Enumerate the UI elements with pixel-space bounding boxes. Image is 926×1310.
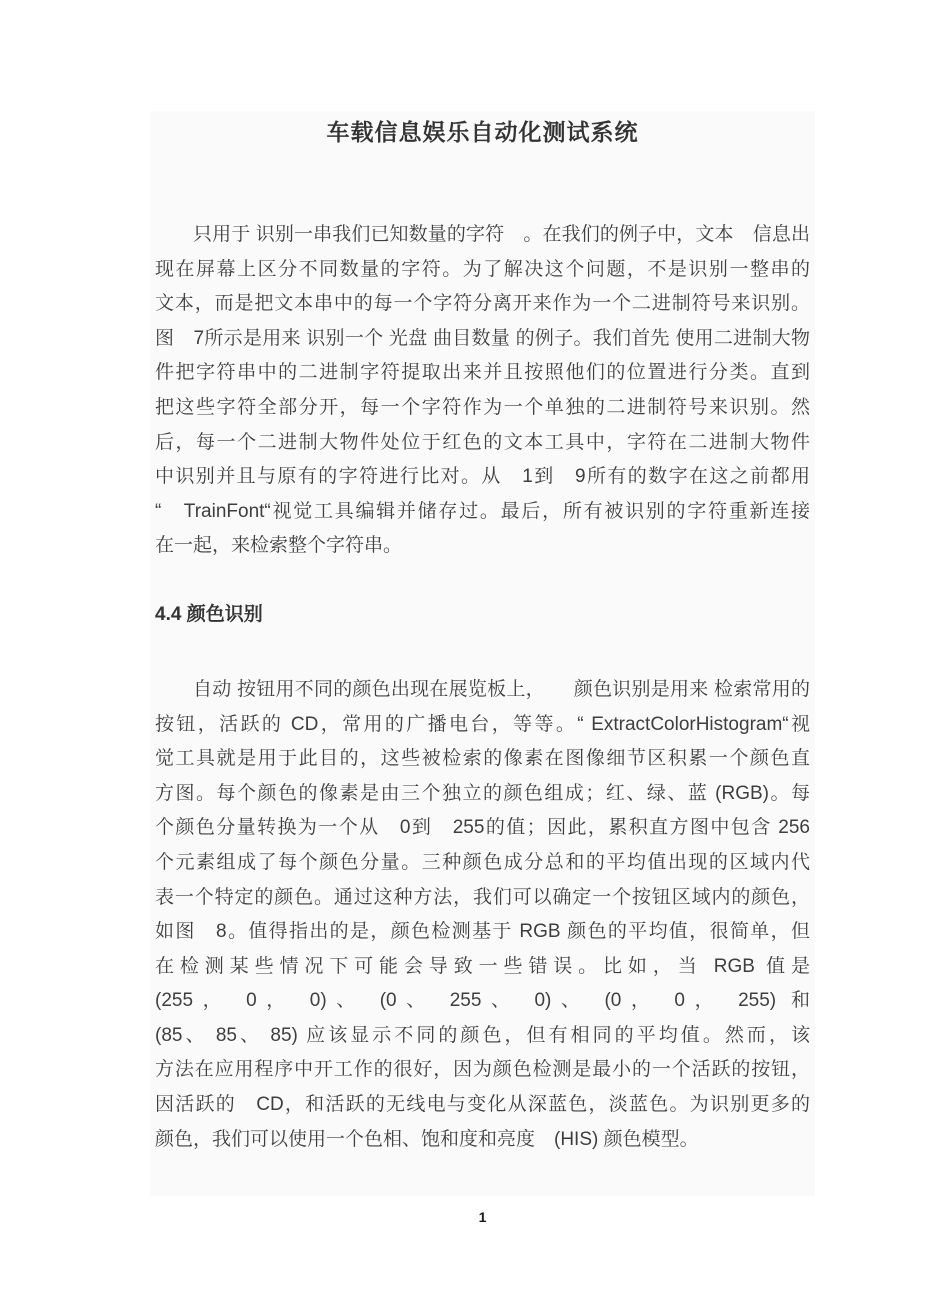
text-line: 方图。每个颜色的像素是由三个独立的颜色组成；红、绿、蓝 (RGB)。每 <box>155 777 810 812</box>
text-line: (255， 0， 0)、 (0、 255、 0)、 (0， 0， 255) 和 <box>155 984 810 1019</box>
text-line: 表一个特定的颜色。通过这种方法，我们可以确定一个按钮区域内的颜色， <box>155 881 810 916</box>
paragraph-1: 只用于 识别一串我们已知数量的字符 。在我们的例子中，文本 信息出 现在屏幕上区… <box>155 218 810 564</box>
page-number: 1 <box>150 1207 815 1227</box>
text-line: 中识别并且与原有的字符进行比对。从 1到 9所有的数字在这之前都用 <box>155 460 810 495</box>
text-line: 个元素组成了每个颜色分量。三种颜色成分总和的平均值出现的区域内代 <box>155 846 810 881</box>
document-sheet: 车载信息娱乐自动化测试系统 只用于 识别一串我们已知数量的字符 。在我们的例子中… <box>150 111 815 1196</box>
text-line: “ TrainFont“视觉工具编辑并储存过。最后，所有被识别的字符重新连接 <box>155 495 810 530</box>
text-line: 如图 8。值得指出的是，颜色检测基于 RGB 颜色的平均值，很简单，但 <box>155 915 810 950</box>
paragraph-2: 自动 按钮用不同的颜色出现在展览板上， 颜色识别是用来 检索常用的 按钮，活跃的… <box>155 673 810 1157</box>
text-line: 个颜色分量转换为一个从 0到 255的值；因此，累积直方图中包含 256 <box>155 811 810 846</box>
section-heading: 4.4 颜色识别 <box>155 601 810 629</box>
text-line: (85、 85、 85) 应该显示不同的颜色，但有相同的平均值。然而，该 <box>155 1019 810 1054</box>
text-line: 因活跃的 CD，和活跃的无线电与变化从深蓝色，淡蓝色。为识别更多的 <box>155 1088 810 1123</box>
text-line: 觉工具就是用于此目的，这些被检索的像素在图像细节区积累一个颜色直 <box>155 742 810 777</box>
text-line: 件把字符串中的二进制字符提取出来并且按照他们的位置进行分类。直到 <box>155 356 810 391</box>
text-line: 按钮，活跃的 CD，常用的广播电台，等等。“ ExtractColorHisto… <box>155 708 810 743</box>
text-line: 颜色，我们可以使用一个色相、饱和度和亮度 (HIS) 颜色模型。 <box>155 1123 810 1158</box>
text-line: 现在屏幕上区分不同数量的字符。为了解决这个问题，不是识别一整串的 <box>155 253 810 288</box>
text-line: 只用于 识别一串我们已知数量的字符 。在我们的例子中，文本 信息出 <box>155 218 810 253</box>
text-line: 在一起，来检索整个字符串。 <box>155 529 810 564</box>
text-line: 方法在应用程序中开工作的很好，因为颜色检测是最小的一个活跃的按钮， <box>155 1053 810 1088</box>
text-line: 后，每一个二进制大物件处位于红色的文本工具中，字符在二进制大物件 <box>155 426 810 461</box>
text-line: 把这些字符全部分开，每一个字符作为一个单独的二进制符号来识别。然 <box>155 391 810 426</box>
document-page: 车载信息娱乐自动化测试系统 只用于 识别一串我们已知数量的字符 。在我们的例子中… <box>0 0 926 1310</box>
text-line: 自动 按钮用不同的颜色出现在展览板上， 颜色识别是用来 检索常用的 <box>155 673 810 708</box>
text-line: 文本，而是把文本串中的每一个字符分离开来作为一个二进制符号来识别。 <box>155 287 810 322</box>
document-title: 车载信息娱乐自动化测试系统 <box>155 111 810 148</box>
text-line: 在检测某些情况下可能会导致一些错误。比如，当 RGB 值是 <box>155 950 810 985</box>
text-line: 图 7所示是用来 识别一个 光盘 曲目数量 的例子。我们首先 使用二进制大物 <box>155 322 810 357</box>
